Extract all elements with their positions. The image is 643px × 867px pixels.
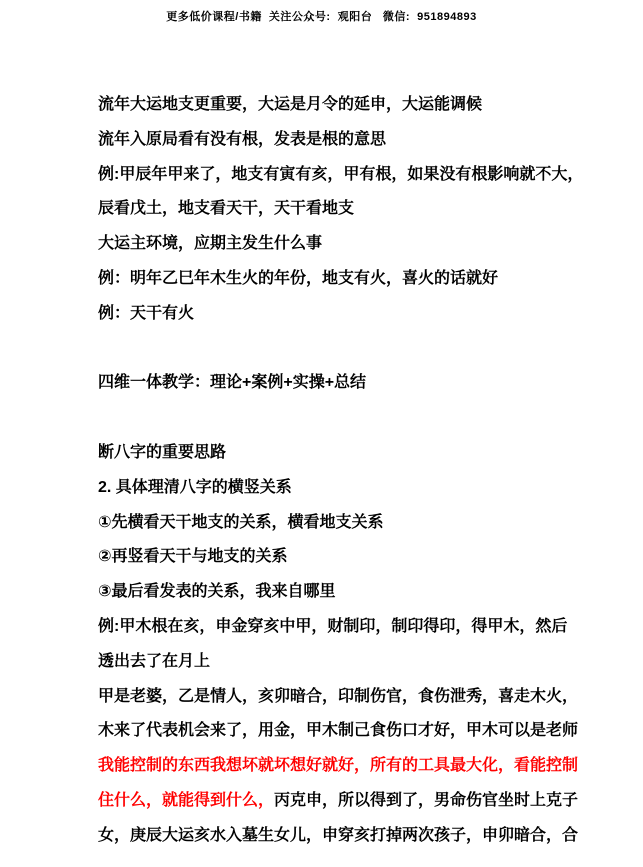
text-segment: 木来了代表机会来了，用金，甲木制己食伤口才好，甲木可以是老师: [98, 722, 578, 739]
text-segment: 四维一体教学：理论+案例+实操+总结: [98, 374, 366, 391]
page-header: 更多低价课程/书籍 关注公众号: 观阳台 微信: 951894893: [0, 8, 643, 24]
text-line: 断八字的重要思路: [98, 436, 578, 471]
text-line: 例:甲辰年甲来了，地支有寅有亥，甲有根，如果没有根影响就不大，: [98, 158, 578, 193]
text-segment: ①先横看天干地支的关系，横看地支关系: [98, 514, 384, 531]
text-line: 甲是老婆，乙是情人，亥卯暗合，印制伤官，食伤泄秀，喜走木火，: [98, 680, 578, 715]
text-line: 流年入原局看有没有根，发表是根的意思: [98, 123, 578, 158]
text-line: ③最后看发表的关系，我来自哪里: [98, 575, 578, 610]
text-line: 例：明年乙巳年木生火的年份，地支有火，喜火的话就好: [98, 262, 578, 297]
text-line: 住什么，就能得到什么，丙克申，所以得到了，男命伤官坐时上克子: [98, 784, 578, 819]
text-line: 我能控制的东西我想坏就坏想好就好，所有的工具最大化，看能控制: [98, 749, 578, 784]
text-segment: 流年入原局看有没有根，发表是根的意思: [98, 131, 386, 148]
text-segment: 透出去了在月上: [98, 653, 210, 670]
document-page: 更多低价课程/书籍 关注公众号: 观阳台 微信: 951894893 流年大运地…: [0, 0, 643, 867]
text-segment: 大运主环境，应期主发生什么事: [98, 235, 322, 252]
text-line: ①先横看天干地支的关系，横看地支关系: [98, 506, 578, 541]
text-segment: 断八字的重要思路: [98, 444, 226, 461]
text-segment: 我能控制的东西我想坏就坏想好就好，所有的工具最大化，看能控制: [98, 757, 578, 774]
text-line: 女，庚辰大运亥水入墓生女儿，申穿亥打掉两次孩子，申卯暗合，合: [98, 819, 578, 854]
text-line: 例:甲木根在亥，申金穿亥中甲，财制印，制印得印，得甲木，然后: [98, 610, 578, 645]
text-segment: 例:甲辰年甲来了，地支有寅有亥，甲有根，如果没有根影响就不大，: [98, 166, 583, 183]
text-segment: 例：天干有火: [98, 305, 194, 322]
text-line: 例：天干有火: [98, 297, 578, 332]
text-segment: ③最后看发表的关系，我来自哪里: [98, 583, 336, 600]
text-line: 四维一体教学：理论+案例+实操+总结: [98, 366, 578, 401]
blank-line: [98, 332, 578, 367]
text-segment: 住什么，就能得到什么，: [98, 792, 274, 809]
text-line: 流年大运地支更重要，大运是月令的延申，大运能调候: [98, 88, 578, 123]
text-line: ②再竖看天干与地支的关系: [98, 540, 578, 575]
text-line: 辰看戊土，地支看天干，天干看地支: [98, 192, 578, 227]
text-line: 2. 具体理清八字的横竖关系: [98, 471, 578, 506]
text-line: 透出去了在月上: [98, 645, 578, 680]
text-segment: 辰看戊土，地支看天干，天干看地支: [98, 200, 354, 217]
text-segment: 例:甲木根在亥，申金穿亥中甲，财制印，制印得印，得甲木，然后: [98, 618, 567, 635]
text-line: 大运主环境，应期主发生什么事: [98, 227, 578, 262]
text-segment: 例：明年乙巳年木生火的年份，地支有火，喜火的话就好: [98, 270, 498, 287]
text-segment: 2. 具体理清八字的横竖关系: [98, 479, 292, 496]
text-segment: 甲是老婆，乙是情人，亥卯暗合，印制伤官，食伤泄秀，喜走木火，: [98, 688, 578, 705]
text-line: 木来了代表机会来了，用金，甲木制己食伤口才好，甲木可以是老师: [98, 714, 578, 749]
text-segment: 丙克申，所以得到了，男命伤官坐时上克子: [274, 792, 578, 809]
text-segment: 流年大运地支更重要，大运是月令的延申，大运能调候: [98, 96, 482, 113]
document-body: 流年大运地支更重要，大运是月令的延申，大运能调候流年入原局看有没有根，发表是根的…: [98, 88, 578, 854]
blank-line: [98, 401, 578, 436]
text-segment: 女，庚辰大运亥水入墓生女儿，申穿亥打掉两次孩子，申卯暗合，合: [98, 827, 578, 844]
text-segment: ②再竖看天干与地支的关系: [98, 548, 288, 565]
